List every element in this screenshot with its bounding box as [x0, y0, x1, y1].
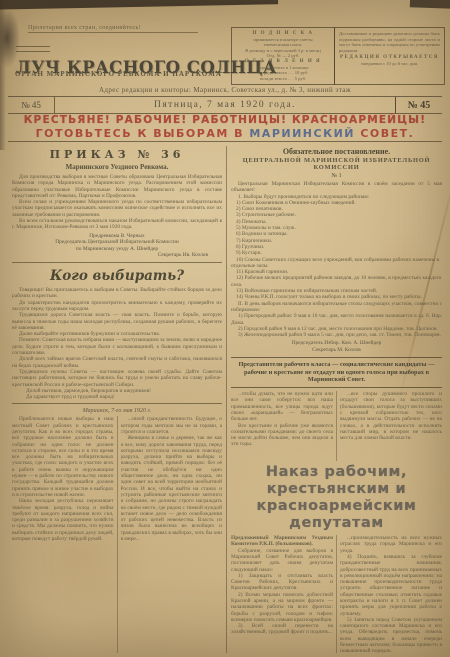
kogo-title: Кого выбирать? [12, 268, 222, 284]
paragraph: ...все споры душевного прошлого и отдаду… [340, 391, 442, 441]
nakaz-headline-line1: Наказ рабочим, крестьянским и [231, 464, 442, 498]
nakaz-lead: Предложенный Мариинским Уездным Комитето… [231, 535, 333, 548]
election-banner: КРЕСТЬЯНЕ! РАБОЧИЕ! РАБОТНИЦЫ! КРАСНОАРМ… [8, 114, 442, 140]
column-divider [226, 146, 227, 653]
masthead-slogan: Пролетарии всех стран, соединяйтесь! [28, 25, 198, 33]
section-rule [12, 403, 222, 404]
paragraph: Женщина в семье и деревне, так же как и … [121, 435, 223, 542]
paragraph: Долой всех тайных врагов Советской власт… [12, 356, 222, 369]
paragraph: Товарищи! Вы приглашаетесь к выборам в С… [12, 287, 222, 300]
paragraph: Все крестьяне и рабочие уже являются соз… [231, 423, 333, 448]
editorial-notice-box: Доставляемые в редакцию рукописи должны … [334, 27, 445, 85]
editorial-columns: Приближаются новые выборы в наш местный … [12, 416, 222, 653]
middle-col-1: ...чтобы думать, что не нужно идти или в… [231, 391, 333, 461]
mini-column-divider [336, 535, 337, 653]
paragraph: 5) Заняться перед Советом улучшением сан… [340, 617, 442, 653]
paragraph: Да здравствует труд и трудовой народ! [12, 394, 222, 400]
editorial-dateline: Мариинск, 7-го мая 1920 г. [12, 408, 222, 414]
section-rule [231, 387, 442, 388]
address-line: Адрес редакции и конторы: Мариинск, Сове… [10, 86, 440, 94]
postanovlenie-number: № 1 [231, 173, 442, 179]
paragraph: Председатель Центральной Избирательной К… [12, 239, 222, 246]
masthead-rules [16, 42, 50, 56]
notice-text: Доставляемые в редакцию рукописи должны … [339, 31, 440, 53]
issue-bar: № 45 Пятница, 7 мая 1920 года. № 45 [8, 96, 442, 114]
ads-lines: Строка петита в 1 колонку:впереди текста… [236, 65, 330, 82]
notice-hours: ежедневно с 10 до 6 час. дня. [339, 61, 440, 67]
nakaz-columns: Предложенный Мариинским Уездным Комитето… [231, 535, 442, 653]
paragraph: Приближаются новые выборы в наш местный … [12, 416, 114, 498]
banner-line2: ГОТОВЬТЕСЬ К ВЫБОРАМ В МАРИИНСКИЙ СОВЕТ. [8, 127, 442, 140]
left-column: ПРИКАЗ № 36 Мариинского Уездного Ревкома… [12, 146, 222, 653]
paragraph: 12) Рабочие мелких предприятий районов з… [231, 275, 442, 288]
voting-times: 1) Пригородный район: 9 мая в 10 час. дн… [231, 313, 442, 338]
postanovlenie-signatures: Председатель Избир. Ком. А. ШнейдерСекре… [231, 340, 442, 353]
kogo-slogans: Долой нытиков, дармоедов, бюрократов и ш… [12, 388, 222, 401]
mini-column-divider [336, 391, 337, 461]
postanovlenie-section2: II. В день выборов назначаются избирател… [231, 301, 442, 314]
nakaz-col-1: Предложенный Мариинским Уездным Комитето… [231, 535, 333, 653]
section-rule [231, 357, 442, 358]
paragraph: Собрание, созванное для выборов в Мариин… [231, 548, 333, 573]
paragraph: позади текста . . . 5 руб. [236, 76, 330, 82]
date-line: Пятница, 7 мая 1920 года. [55, 97, 395, 113]
paragraph: 1) Пригородный район: 9 мая в 10 час. дн… [231, 313, 442, 326]
nakaz-col1-body: Собрание, созванное для выборов в Мариин… [231, 548, 333, 636]
postanovlenie-title: ЦЕНТРАЛЬНОЙ МАРИИНСКОЙ ИЗБИРАТЕЛЬНОЙ КОМ… [231, 157, 442, 171]
paragraph: 2) Всеми мерами помогать доблестной Крас… [231, 592, 333, 623]
paragraph: Помните: Советская власть избрана нами —… [12, 337, 222, 356]
paragraph: Секретарь Ив. Козлов [12, 252, 222, 259]
prikaz-signatures: Предревкома В. ЧерныхПредседатель Центра… [12, 233, 222, 259]
paragraph: 3) Железнодорожный район 9 мая в 5 час. … [231, 332, 442, 338]
postanovlenie-intro: Центральная Мариинская Избирательная Ком… [231, 181, 442, 200]
issue-number-right: № 45 [395, 97, 442, 113]
nakaz-col-2: ...производительность на всех нужных отр… [340, 535, 442, 653]
district-list: 1) Союз Кожевников и Овчинно-шубных заве… [231, 200, 442, 301]
paragraph: по Мариинскому уезду А. Шнейдер [12, 246, 222, 253]
paragraph: До характеристик кандидатов присмотритес… [12, 300, 222, 313]
banner-accent-word: МАРИИНСКИЙ [249, 127, 355, 140]
mini-column-divider [117, 416, 118, 653]
paper-edge-left [0, 0, 6, 150]
editorial-col-2: ...своей гражданственности. Будущее, о к… [121, 416, 223, 653]
middle-col-2: ...все споры душевного прошлого и отдаду… [340, 391, 442, 461]
middle-columns: ...чтобы думать, что не нужно идти или в… [231, 391, 442, 461]
prikaz-title: ПРИКАЗ № 36 [12, 148, 222, 161]
kogo-body: Товарищи! Вы приглашаетесь к выборам в С… [12, 287, 222, 388]
workers-slogan: Представители рабочего класса — социалис… [231, 360, 442, 385]
paragraph: 1) Защищать и отстаивать власть Советов … [231, 573, 333, 592]
masthead-dashes [196, 72, 232, 73]
paragraph: 10) Союзы Советских служащих всех учрежд… [231, 257, 442, 270]
nakaz-headline-line2: красноармейским депутатам [231, 498, 442, 532]
right-column: Обязательное постановление. ЦЕНТРАЛЬНОЙ … [231, 146, 442, 653]
paper-tear-top [0, 0, 278, 10]
prikaz-subtitle: Мариинского Уездного Ревкома. [12, 163, 222, 171]
paragraph: Секретарь М. Козлов [231, 347, 442, 353]
subscription-lines: принимается в конторе газетыежемесячная … [236, 37, 330, 59]
ads-title: О Б Ъ Я В Л Е Н И Я [236, 59, 330, 65]
paragraph: Для производства выборов в местные Совет… [12, 174, 222, 199]
paragraph: ...производительность на всех нужных отр… [340, 535, 442, 554]
paper-tear-top-right [410, 0, 450, 9]
banner-rule [8, 141, 442, 142]
postanovlenie-pretitle: Обязательное постановление. [231, 147, 442, 156]
paragraph: 4) Поднять, взявшись за глубокие граждан… [340, 554, 442, 617]
paragraph: Во всем остальном руководствоваться нака… [12, 218, 222, 231]
subscription-box: П О Д П И С К А принимается в конторе га… [231, 27, 335, 85]
paragraph: Всем селам и учреждениям Мариинского уез… [12, 199, 222, 218]
prikaz-body: Для производства выборов в местные Совет… [12, 174, 222, 231]
section-rule [12, 262, 222, 263]
paragraph: Трудящимся нужны Советы — настоящие хозя… [12, 369, 222, 388]
issue-number-left: № 45 [8, 97, 55, 113]
paragraph: Наша молодая республика переживает тяжёл… [12, 498, 114, 542]
newspaper-subtitle: ОРГАН МАРИИНСКОГО РЕВКОМА И ПАРТКОМА [15, 70, 225, 78]
paragraph: Центральная Мариинская Избирательная Ком… [231, 181, 442, 194]
paragraph: ...своей гражданственности. Будущее, о к… [121, 416, 223, 435]
paragraph: Трудящимся дорога Советская власть — сво… [12, 312, 222, 331]
banner-line1: КРЕСТЬЯНЕ! РАБОЧИЕ! РАБОТНИЦЫ! КРАСНОАРМ… [8, 114, 442, 126]
editorial-col-1: Приближаются новые выборы в наш местный … [12, 416, 114, 653]
nakaz-headline: Наказ рабочим, крестьянским и красноарме… [231, 464, 442, 532]
paragraph: 3) Всей силой перенести на хозяйственный… [231, 623, 333, 636]
newspaper-page: Пролетарии всех стран, соединяйтесь! ЛУЧ… [0, 0, 450, 657]
paragraph: ...чтобы думать, что не нужно идти или в… [231, 391, 333, 422]
